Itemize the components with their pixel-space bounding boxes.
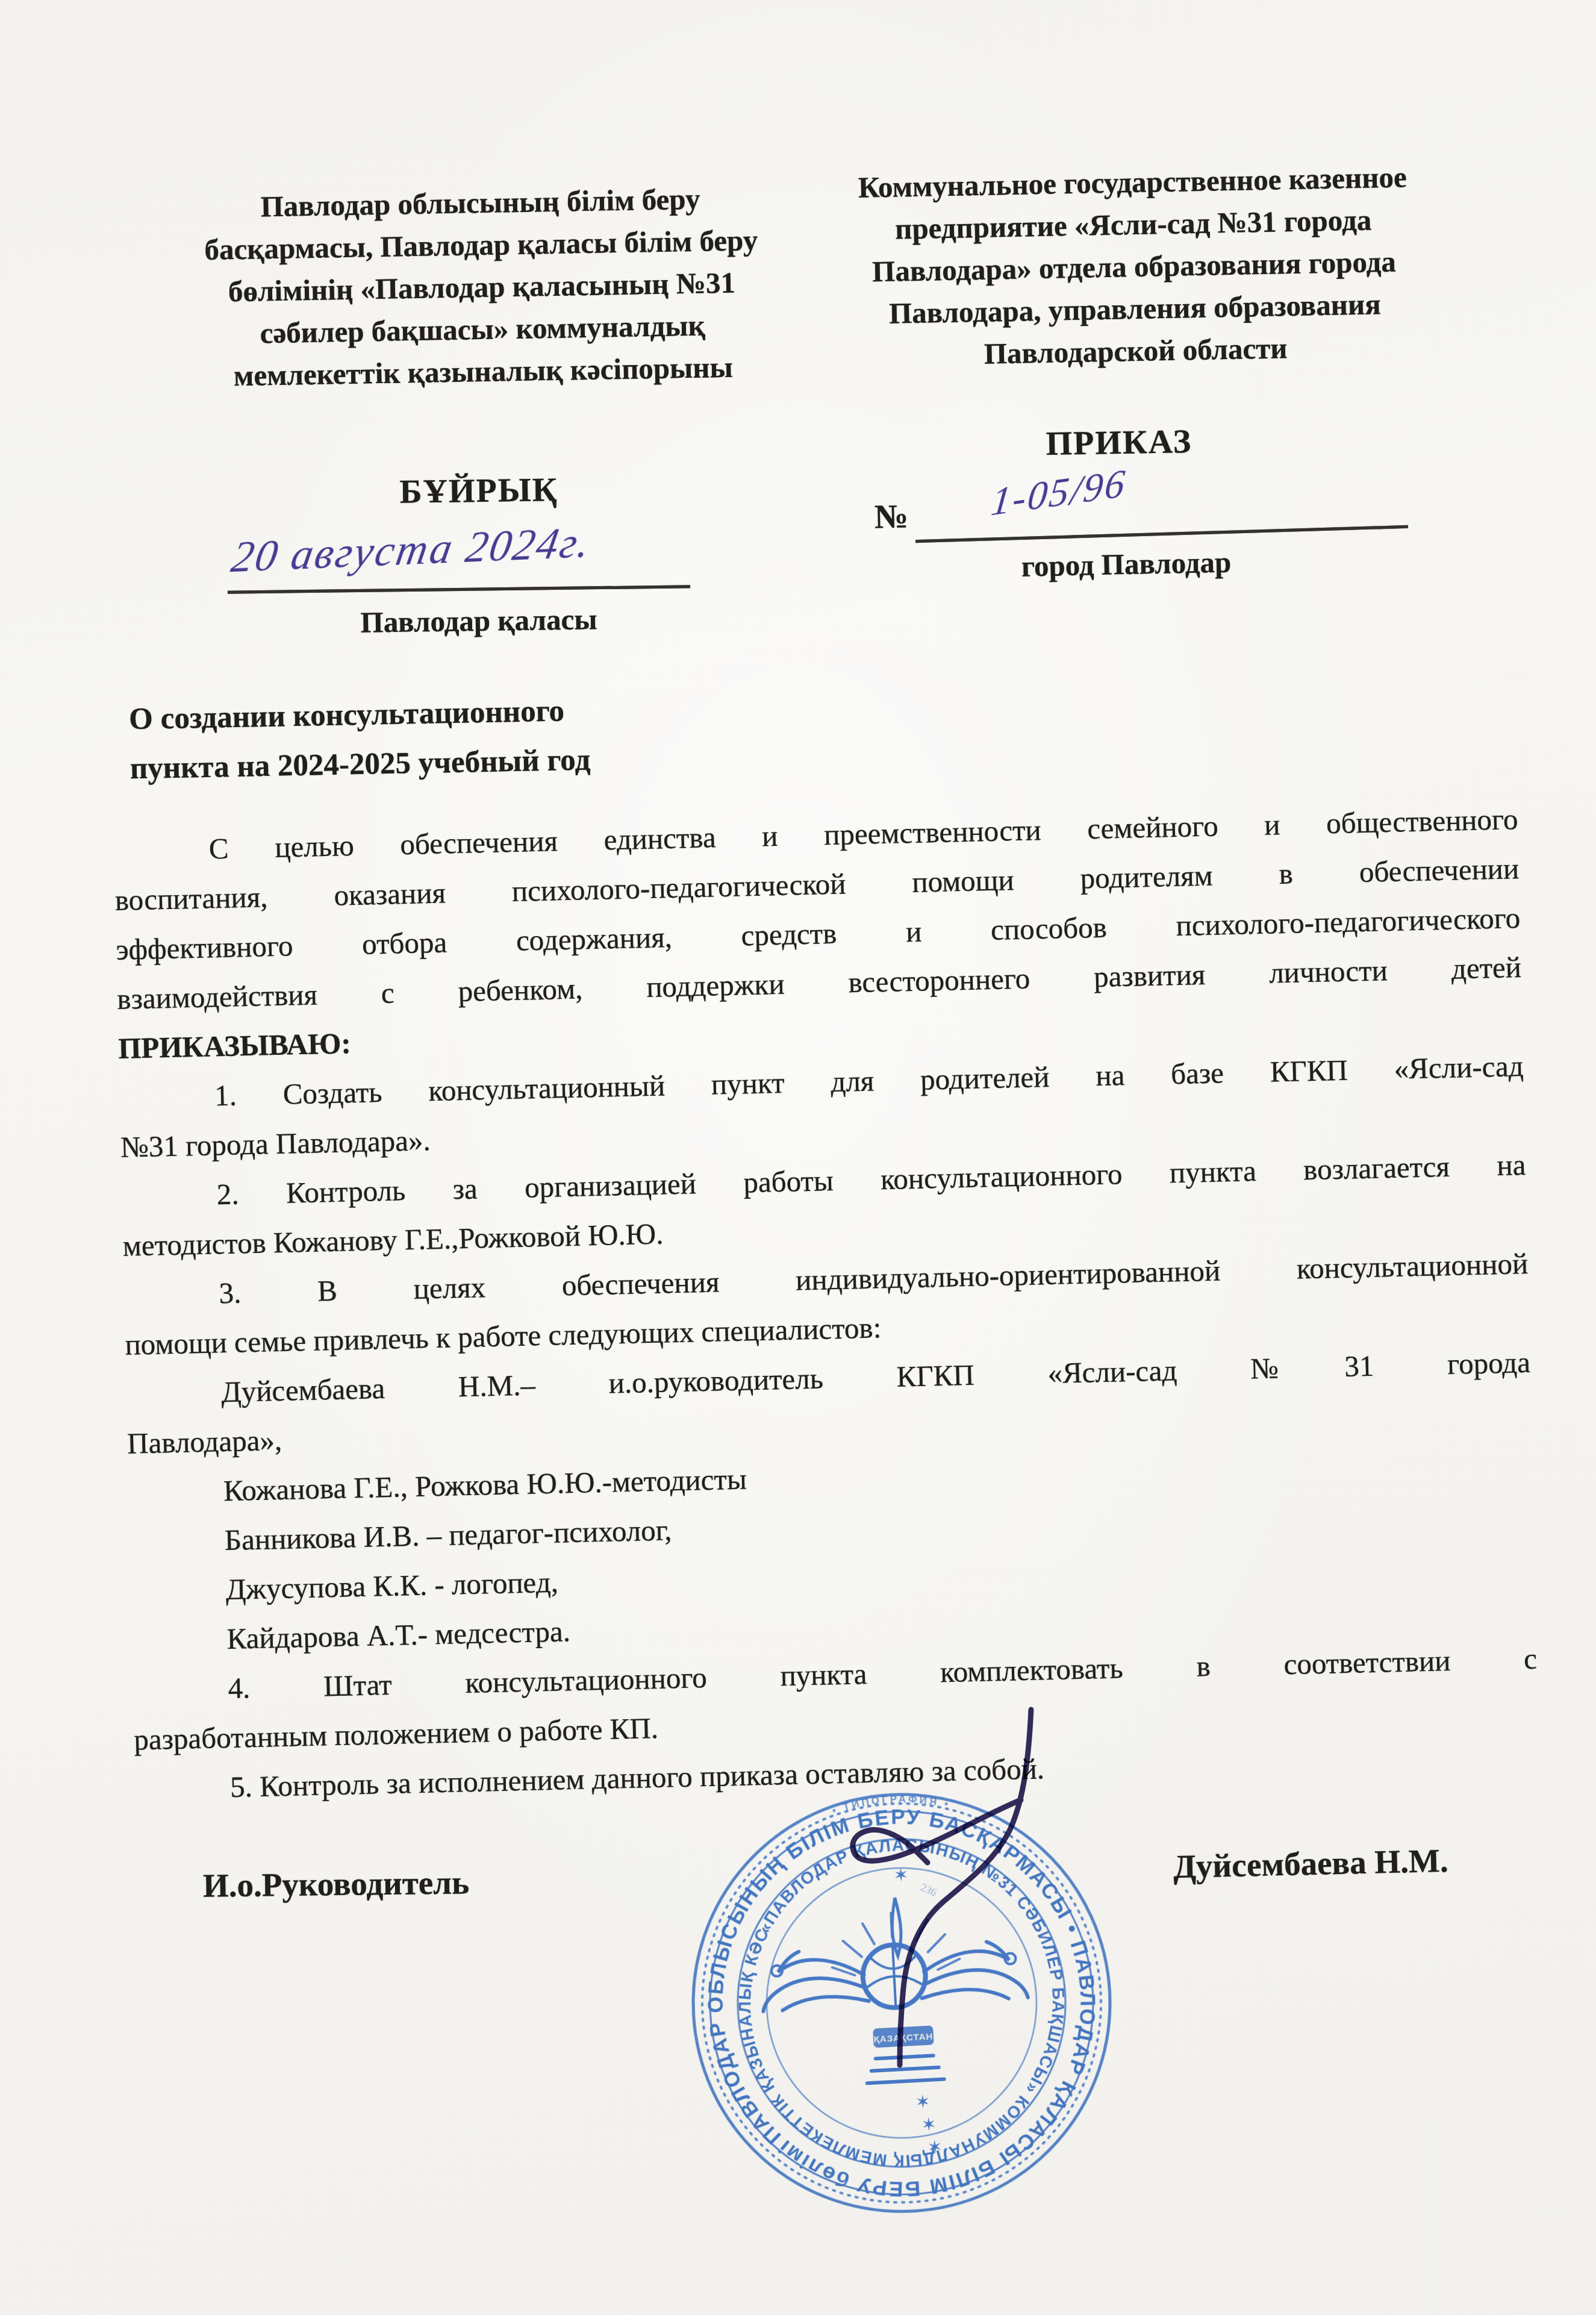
order-place-russian: город Павлодар: [999, 545, 1253, 584]
signer-name: Дуйсембаева Н.М.: [1173, 1842, 1448, 1885]
signer-role: И.о.Руководитель: [203, 1863, 470, 1904]
subject-line-1: О создании консультационного: [128, 686, 590, 745]
subject-line-2: пункта на 2024-2025 учебный год: [129, 736, 591, 794]
stamp-star-icon: ✶: [921, 2114, 937, 2135]
scanned-order-document: Павлодар облысының білім беру басқармасы…: [0, 0, 1596, 2315]
number-underline: [915, 525, 1408, 543]
handwritten-date: 20 августа 2024г.: [228, 517, 595, 583]
org-name-kazakh: Павлодар облысының білім беру басқармасы…: [176, 177, 788, 398]
order-title-russian: ПРИКАЗ: [968, 421, 1270, 465]
order-number-label: №: [874, 498, 908, 537]
order-subject: О создании консультационного пункта на 2…: [128, 686, 590, 794]
handwritten-order-number: 1-05/96: [989, 460, 1129, 525]
order-place-kazakh: Павлодар қаласы: [328, 602, 630, 640]
stamp-star-icon: ✶: [927, 2137, 943, 2158]
order-title-kazakh: БҰЙРЫҚ: [328, 470, 630, 513]
org-name-russian: Коммунальное государственное казенное пр…: [792, 155, 1477, 379]
order-body: С целью обеспечения единства и преемстве…: [113, 795, 1540, 1814]
signature-main-stroke: [900, 1710, 1031, 2065]
handwritten-signature: [783, 1681, 1096, 2102]
date-underline: [228, 585, 690, 593]
